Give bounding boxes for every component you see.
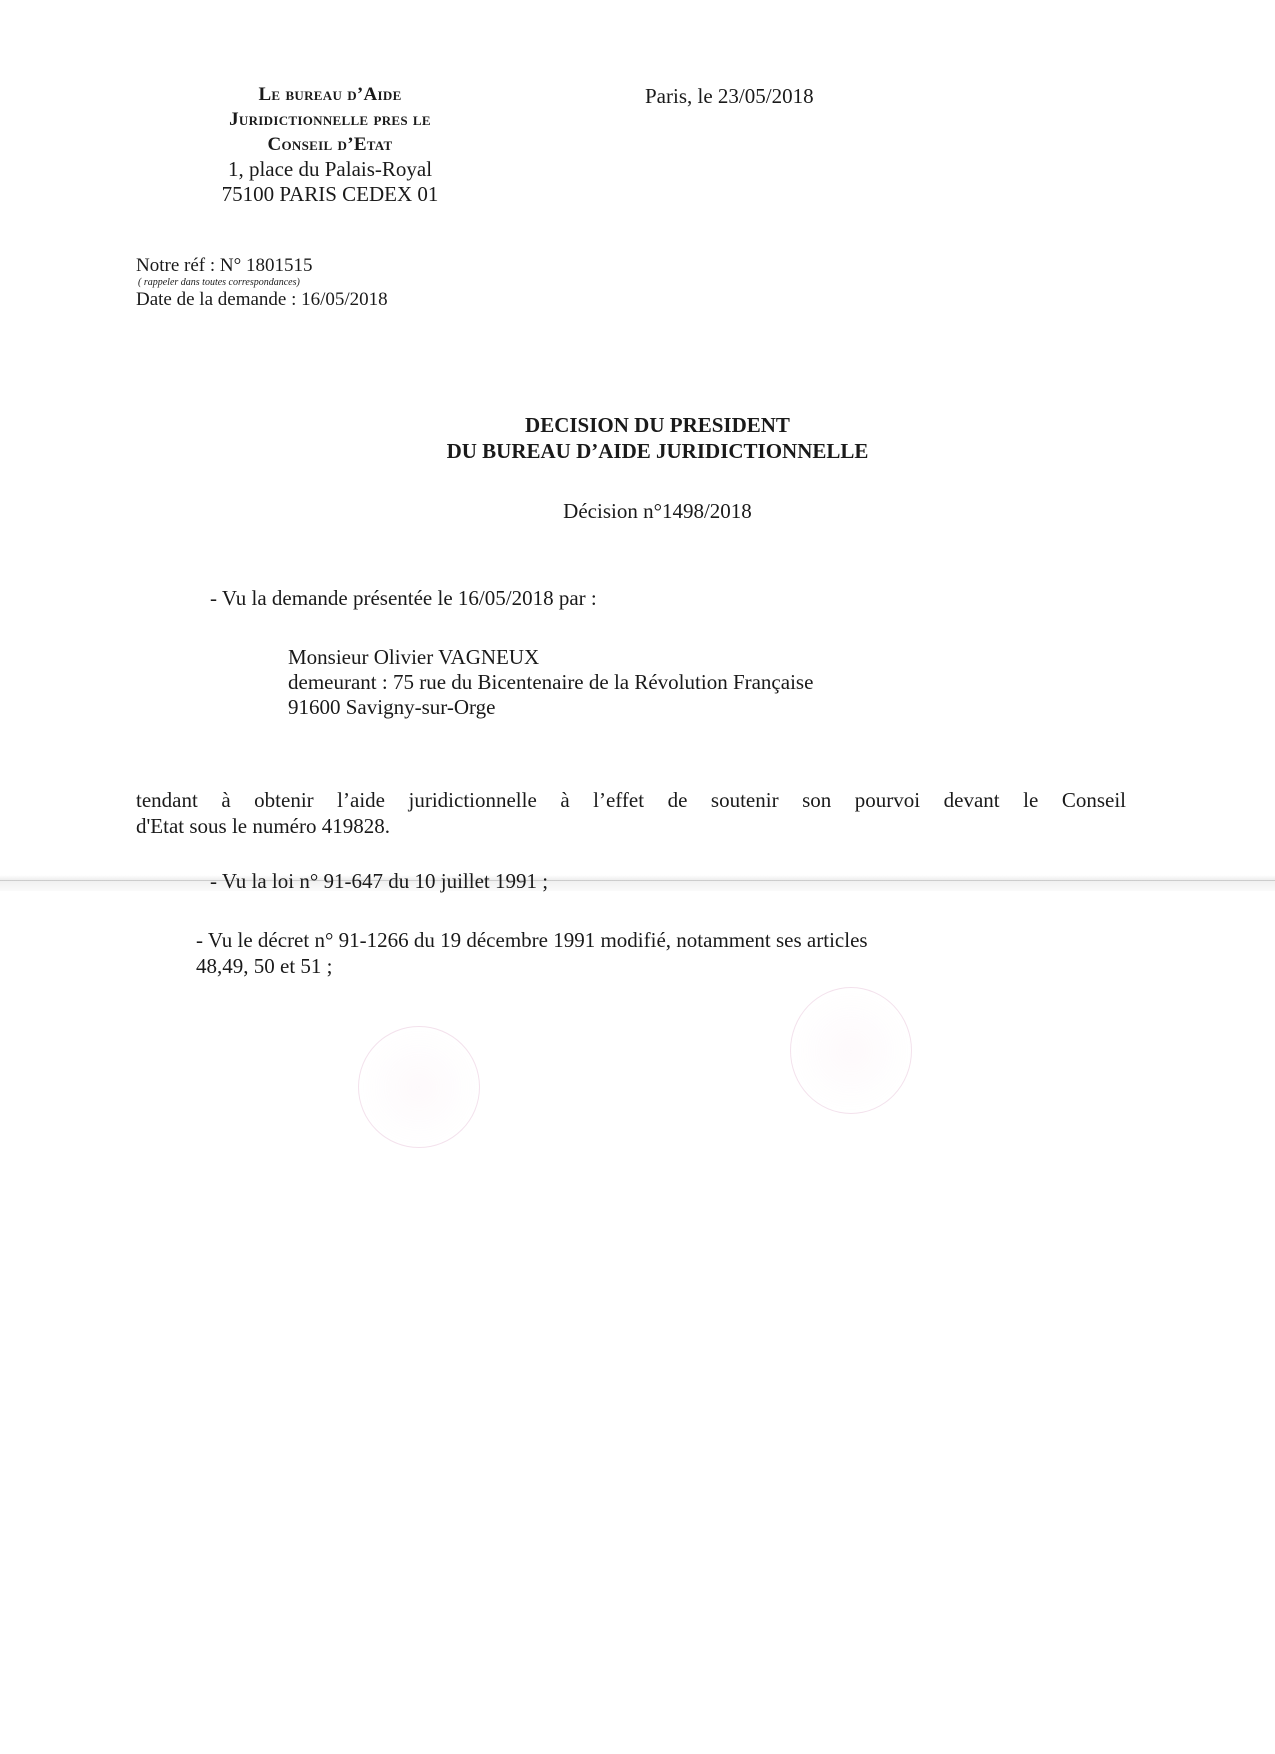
sender-address-line-2: 75100 PARIS CEDEX 01 <box>170 182 490 207</box>
title-line-2: DU BUREAU D’AIDE JURIDICTIONNELLE <box>447 438 869 464</box>
paper-fold-line <box>0 880 1275 881</box>
sender-name-line-3: Conseil d’Etat <box>170 132 490 157</box>
title-line-1: DECISION DU PRESIDENT <box>447 412 869 438</box>
decision-number: Décision n°1498/2018 <box>0 499 1275 524</box>
place-and-date: Paris, le 23/05/2018 <box>645 84 814 108</box>
sender-name-line-1: Le bureau d’Aide <box>170 82 490 107</box>
vu-decret: - Vu le décret n° 91-1266 du 19 décembre… <box>196 927 1096 979</box>
applicant-address: demeurant : 75 rue du Bicentenaire de la… <box>288 670 813 695</box>
reference-block: Notre réf : N° 1801515 ( rappeler dans t… <box>136 255 388 311</box>
applicant-city: 91600 Savigny-sur-Orge <box>288 695 813 720</box>
sender-name-line-2: Juridictionnelle pres le <box>170 107 490 132</box>
document-page: Le bureau d’Aide Juridictionnelle pres l… <box>0 0 1275 1754</box>
purpose-line-1: tendant à obtenir l’aide juridictionnell… <box>136 787 1126 813</box>
purpose-line-2: d'Etat sous le numéro 419828. <box>136 813 1126 839</box>
reference-number: Notre réf : N° 1801515 <box>136 255 388 277</box>
stamp-seal-right <box>790 987 912 1114</box>
vu-demande: - Vu la demande présentée le 16/05/2018 … <box>210 586 597 611</box>
applicant-block: Monsieur Olivier VAGNEUX demeurant : 75 … <box>288 645 813 720</box>
sender-address-line-1: 1, place du Palais-Royal <box>170 157 490 182</box>
decision-number-text: Décision n°1498/2018 <box>563 499 752 524</box>
paper-fold-shadow <box>0 875 1275 891</box>
vu-decret-line-1: - Vu le décret n° 91-1266 du 19 décembre… <box>196 927 1096 953</box>
reference-note: ( rappeler dans toutes correspondances) <box>138 277 388 289</box>
purpose-paragraph: tendant à obtenir l’aide juridictionnell… <box>136 787 1126 839</box>
applicant-name: Monsieur Olivier VAGNEUX <box>288 645 813 670</box>
vu-loi: - Vu la loi n° 91-647 du 10 juillet 1991… <box>210 869 548 894</box>
document-title: DECISION DU PRESIDENT DU BUREAU D’AIDE J… <box>0 412 1275 464</box>
vu-decret-line-2: 48,49, 50 et 51 ; <box>196 953 1096 979</box>
request-date: Date de la demande : 16/05/2018 <box>136 289 388 311</box>
sender-block: Le bureau d’Aide Juridictionnelle pres l… <box>170 82 490 207</box>
stamp-seal-left <box>358 1026 480 1148</box>
